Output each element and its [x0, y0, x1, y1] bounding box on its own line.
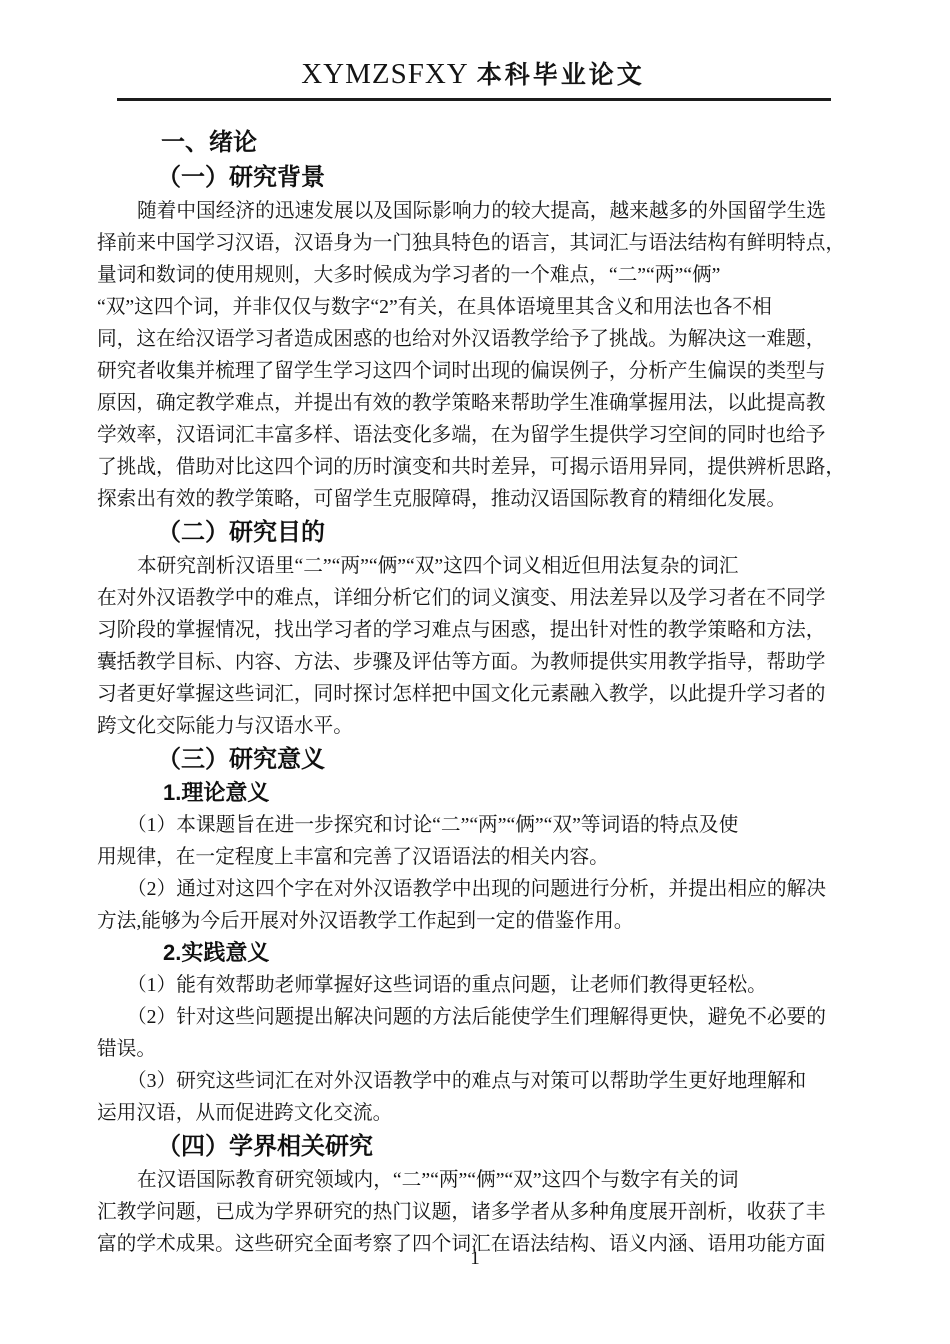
paragraph-research-purpose: 本研究剖析汉语里“二”“两”“俩”“双”这四个词义相近但用法复杂的词汇 在对外汉…: [97, 550, 849, 742]
header-school-code: XYMZSFXY: [301, 58, 469, 90]
header-doc-type: 本科毕业论文: [477, 62, 645, 89]
paragraph-practical-item-1: （1）能有效帮助老师掌握好这些词语的重点问题，让老师们教得更轻松。: [97, 969, 849, 1001]
page-number: 1: [0, 1248, 950, 1270]
document-page: XYMZSFXY本科毕业论文 一、绪论 （一）研究背景 随着中国经济的迅速发展以…: [0, 0, 950, 1344]
section-heading-research-background: （一）研究背景: [157, 160, 849, 195]
section-heading-research-purpose: （二）研究目的: [157, 515, 849, 550]
paragraph-research-background: 随着中国经济的迅速发展以及国际影响力的较大提高，越来越多的外国留学生选 择前来中…: [97, 195, 849, 515]
subsection-heading-practical-significance: 2.实践意义: [163, 937, 849, 969]
chapter-heading-introduction: 一、绪论: [161, 126, 849, 160]
paragraph-practical-item-3: （3）研究这些词汇在对外汉语教学中的难点与对策可以帮助学生更好地理解和 运用汉语…: [97, 1065, 849, 1129]
paragraph-practical-item-2: （2）针对这些问题提出解决问题的方法后能使学生们理解得更快，避免不必要的 错误。: [97, 1001, 849, 1065]
header-rule: [117, 98, 831, 101]
section-heading-research-significance: （三）研究意义: [157, 742, 849, 777]
page-header: XYMZSFXY本科毕业论文: [97, 0, 849, 90]
paragraph-related-research: 在汉语国际教育研究领域内，“二”“两”“俩”“双”这四个与数字有关的词 汇教学问…: [97, 1164, 849, 1260]
section-heading-related-research: （四）学界相关研究: [157, 1129, 849, 1164]
subsection-heading-theoretical-significance: 1.理论意义: [163, 777, 849, 809]
paragraph-theoretical-item-1: （1）本课题旨在进一步探究和讨论“二”“两”“俩”“双”等词语的特点及使 用规律…: [97, 809, 849, 873]
document-body: 一、绪论 （一）研究背景 随着中国经济的迅速发展以及国际影响力的较大提高，越来越…: [97, 126, 849, 1260]
paragraph-theoretical-item-2: （2）通过对这四个字在对外汉语教学中出现的问题进行分析，并提出相应的解决 方法,…: [97, 873, 849, 937]
